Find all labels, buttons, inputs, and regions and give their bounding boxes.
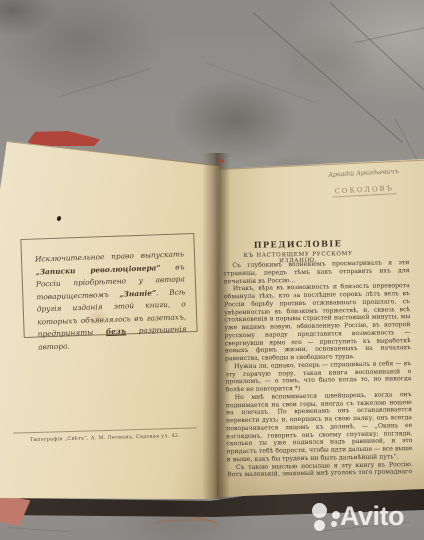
- inscription-surname: СОКОЛОВЪ: [333, 184, 397, 197]
- avito-watermark: Avito: [302, 499, 422, 537]
- avito-logo-dot: [332, 511, 340, 519]
- avito-logo-dot: [331, 521, 337, 527]
- preface-paragraph: Съ глубокимъ волненіемъ просматривалъ я …: [223, 259, 409, 285]
- inscription-name: Аркадій Аркадьевичъ: [313, 167, 413, 179]
- owner-inscription: Аркадій Аркадьевичъ СОКОЛОВЪ: [313, 167, 414, 198]
- avito-logo-dot: [312, 503, 327, 518]
- preface-title: ПРЕДИСЛОВІЕ: [225, 238, 371, 251]
- preface-paragraph: Итакъ, вѣра въ возможность и близость пе…: [224, 282, 411, 363]
- right-page-content: Аркадій Аркадьевичъ СОКОЛОВЪ ПРЕДИСЛОВІЕ…: [0, 0, 424, 540]
- avito-wordmark: Avito: [340, 501, 404, 532]
- avito-logo-dot: [314, 520, 325, 531]
- preface-paragraph: Нужна ли, однако, теперь — спрашивалъ я …: [225, 360, 412, 394]
- preface-paragraph: Съ такою мыслью посылаю я эту книгу въ Р…: [227, 461, 413, 480]
- photo-scene: Исключительное право выпускать „Записки …: [0, 0, 424, 540]
- preface-body: Съ глубокимъ волненіемъ просматривалъ я …: [223, 259, 413, 479]
- preface-paragraph: Но мнѣ вспоминается швейцарецъ, когда он…: [226, 391, 413, 464]
